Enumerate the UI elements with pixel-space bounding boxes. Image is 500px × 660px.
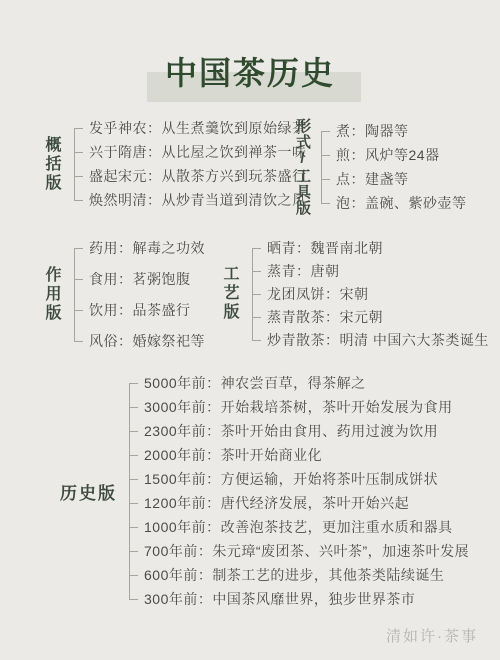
section-history: 历史版 5000年前：神农尝百草，得茶解之 3000年前：开始栽培茶树，茶叶开始…: [60, 371, 469, 611]
list-item: 兴于隋唐：从比屋之饮到禅茶一味: [74, 140, 307, 164]
section-function-label: 作用版: [40, 266, 63, 323]
tea-history-infographic: 中国茶历史 概括版 发乎神农：从生煮羹饮到原始绿茶 兴于隋唐：从比屋之饮到禅茶一…: [0, 0, 500, 660]
timeline-item: 600年前：制茶工艺的进步，其他茶类陆续诞生: [129, 563, 469, 587]
timeline-item: 2000年前：茶叶开始商业化: [129, 443, 469, 467]
timeline-item: 3000年前：开始栽培茶树，茶叶开始发展为食用: [129, 395, 469, 419]
list-item: 泡：盖碗、紫砂壶等: [321, 191, 467, 215]
timeline-item: 5000年前：神农尝百草，得茶解之: [129, 371, 469, 395]
timeline-item: 1000年前：改善泡茶技艺，更加注重水质和器具: [129, 515, 469, 539]
section-function: 作用版 药用：解毒之功效 食用：茗粥饱腹 饮用：品茶盛行 风俗：婚嫁祭祀等: [40, 232, 205, 356]
list-item: 点：建盏等: [321, 167, 467, 191]
list-item: 发乎神农：从生煮羹饮到原始绿茶: [74, 116, 307, 140]
timeline-item: 2300年前：茶叶开始由食用、药用过渡为饮用: [129, 419, 469, 443]
list-item: 龙团凤饼：宋朝: [252, 282, 489, 305]
list-item: 晒青：魏晋南北朝: [252, 236, 489, 259]
list-item: 煮：陶器等: [321, 119, 467, 143]
section-history-label: 历史版: [60, 479, 117, 504]
list-item: 焕然明清：从炒青当道到清饮之风: [74, 188, 307, 212]
section-craft-items: 晒青：魏晋南北朝 蒸青：唐朝 龙团凤饼：宋朝 蒸青散茶：宋元朝 炒青散茶：明清 …: [252, 236, 489, 351]
watermark: 清如许·茶事: [386, 625, 478, 646]
timeline-item: 700年前：朱元璋“废团茶、兴叶茶”，加速茶叶发展: [129, 539, 469, 563]
section-function-items: 药用：解毒之功效 食用：茗粥饱腹 饮用：品茶盛行 风俗：婚嫁祭祀等: [74, 232, 205, 356]
section-overview-label: 概括版: [40, 136, 63, 193]
list-item: 风俗：婚嫁祭祀等: [74, 325, 205, 356]
list-item: 盛起宋元：从散茶方兴到玩茶盛行: [74, 164, 307, 188]
section-form-tools-items: 煮：陶器等 煎：风炉等24器 点：建盏等 泡：盖碗、紫砂壶等: [321, 119, 467, 215]
section-craft-label: 工艺版: [218, 265, 241, 322]
list-item: 炒青散茶：明清 中国六大茶类诞生: [252, 328, 489, 351]
list-item: 蒸青：唐朝: [252, 259, 489, 282]
section-history-items: 5000年前：神农尝百草，得茶解之 3000年前：开始栽培茶树，茶叶开始发展为食…: [129, 371, 469, 611]
title-block: 中国茶历史: [0, 48, 500, 110]
section-overview: 概括版 发乎神农：从生煮羹饮到原始绿茶 兴于隋唐：从比屋之饮到禅茶一味 盛起宋元…: [40, 116, 307, 212]
list-item: 药用：解毒之功效: [74, 232, 205, 263]
timeline-item: 1500年前：方便运输，开始将茶叶压制成饼状: [129, 467, 469, 491]
list-item: 蒸青散茶：宋元朝: [252, 305, 489, 328]
list-item: 煎：风炉等24器: [321, 143, 467, 167]
timeline-item: 300年前：中国茶风靡世界，独步世界茶市: [129, 587, 469, 611]
section-craft: 工艺版 晒青：魏晋南北朝 蒸青：唐朝 龙团凤饼：宋朝 蒸青散茶：宋元朝 炒青散茶…: [218, 236, 489, 351]
timeline-item: 1200年前：唐代经济发展，茶叶开始兴起: [129, 491, 469, 515]
list-item: 食用：茗粥饱腹: [74, 263, 205, 294]
section-form-tools-label: 形式/工具版: [292, 118, 313, 216]
section-form-tools: 形式/工具版 煮：陶器等 煎：风炉等24器 点：建盏等 泡：盖碗、紫砂壶等: [292, 118, 467, 216]
page-title: 中国茶历史: [0, 48, 500, 94]
section-overview-items: 发乎神农：从生煮羹饮到原始绿茶 兴于隋唐：从比屋之饮到禅茶一味 盛起宋元：从散茶…: [74, 116, 307, 212]
list-item: 饮用：品茶盛行: [74, 294, 205, 325]
